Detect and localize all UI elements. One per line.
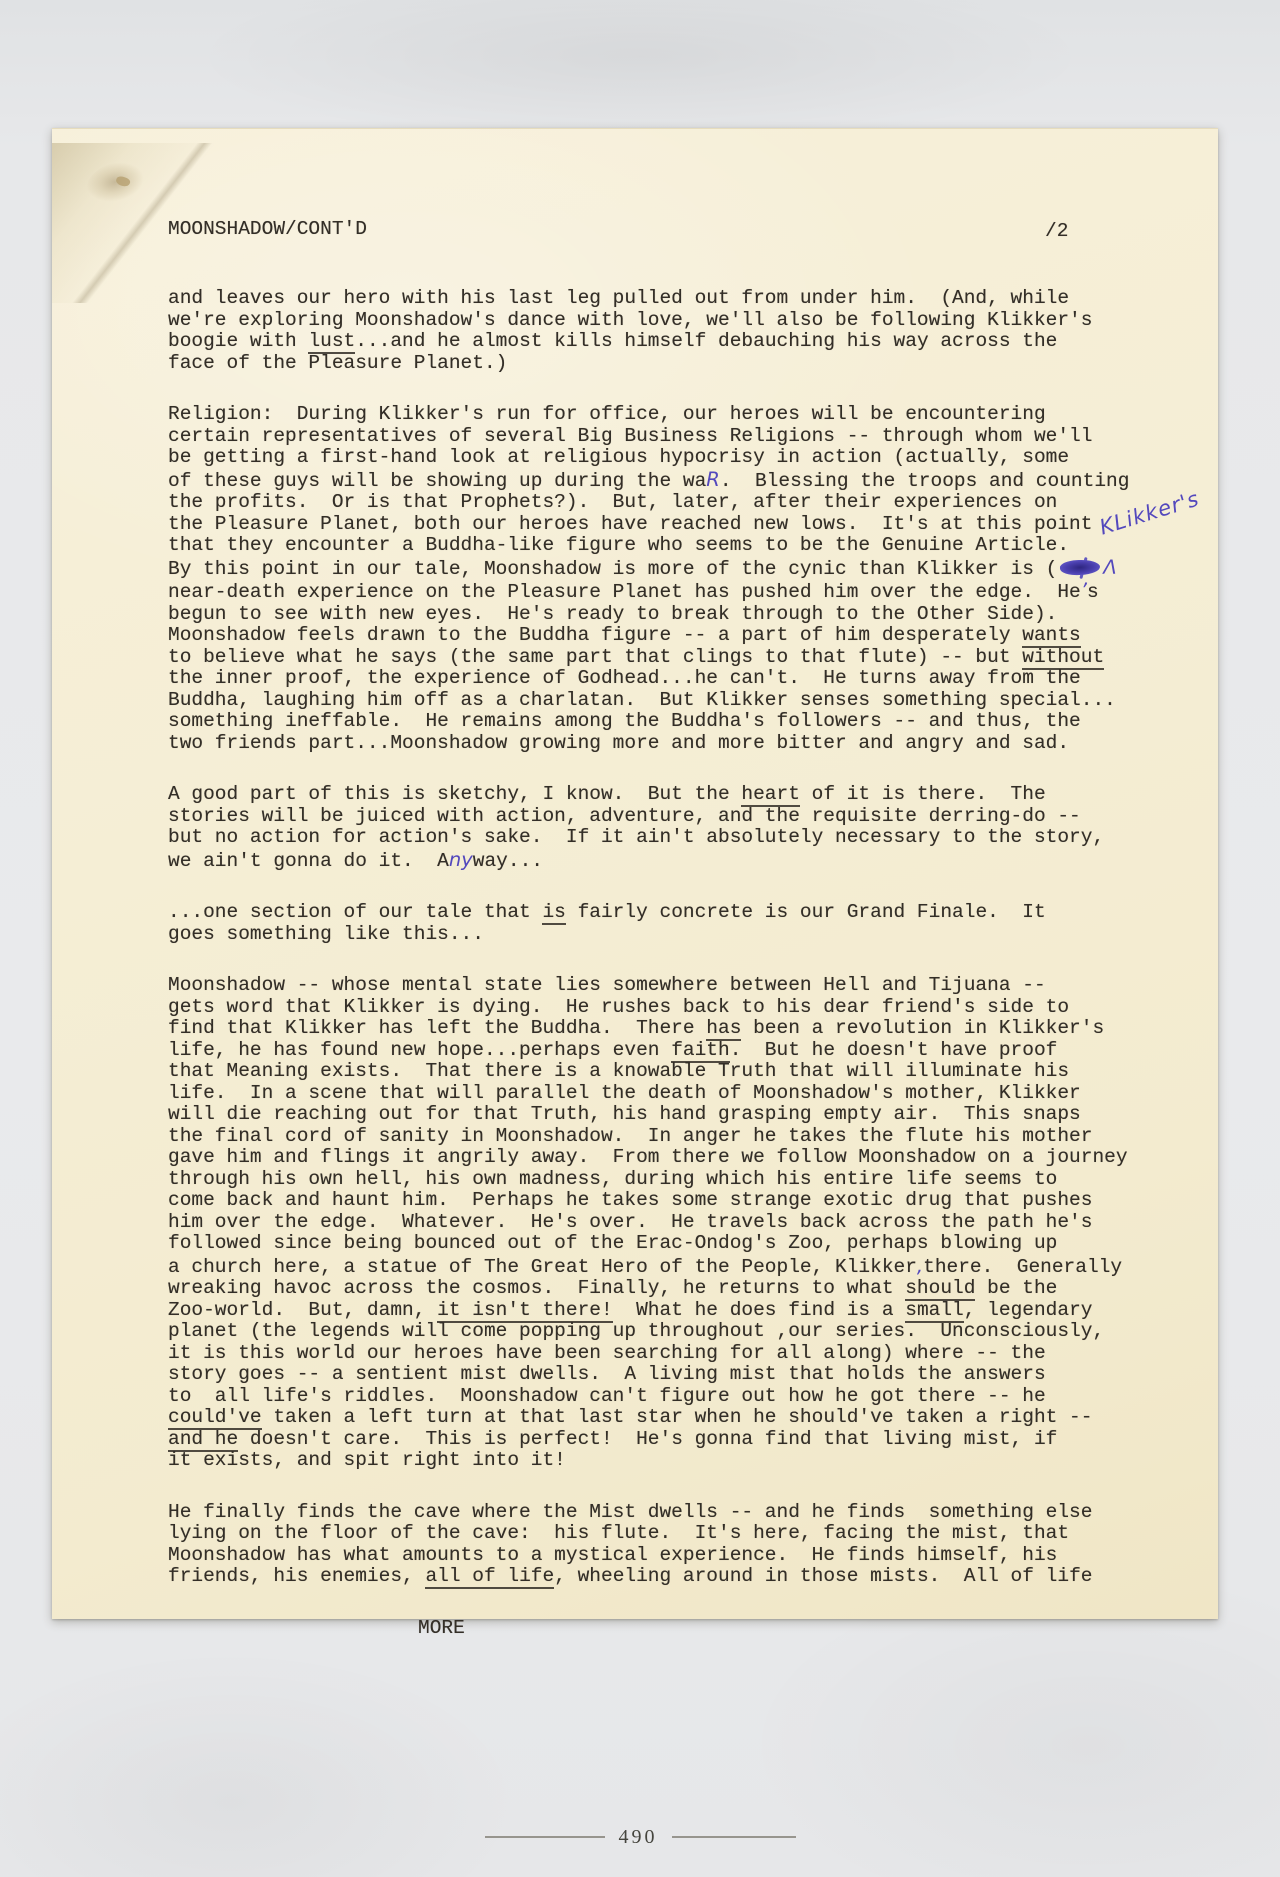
text-line: story goes -- a sentient mist dwells. A …: [168, 1364, 1178, 1386]
text-line: followed since being bounced out of the …: [168, 1233, 1178, 1255]
typewritten-text: of these guys will be showing up during …: [168, 470, 706, 492]
footer-rule-left: [485, 1836, 605, 1838]
underlined-text: without: [1022, 646, 1104, 670]
handwritten-ink: R: [706, 468, 720, 491]
typewritten-text: be getting a first-hand look at religiou…: [168, 446, 1069, 468]
page-content: MOONSHADOW/CONT'D /2 and leaves our hero…: [168, 219, 1178, 1639]
typewritten-text: to all life's riddles. Moonshadow can't …: [168, 1385, 1046, 1407]
text-line: near-death experience on the Pleasure Pl…: [168, 580, 1178, 604]
text-line: Moonshadow -- whose mental state lies so…: [168, 975, 1178, 997]
text-line: stories will be juiced with action, adve…: [168, 806, 1178, 828]
typewritten-text: Buddha, laughing him off as a charlatan.…: [168, 689, 1116, 711]
underlined-text: faith: [671, 1039, 730, 1063]
underlined-text: could've: [168, 1406, 262, 1430]
text-line: that Meaning exists. That there is a kno…: [168, 1061, 1178, 1083]
text-line: we're exploring Moonshadow's dance with …: [168, 310, 1178, 332]
text-line: could've taken a left turn at that last …: [168, 1407, 1178, 1429]
text-line: find that Klikker has left the Buddha. T…: [168, 1018, 1178, 1040]
text-line: gets word that Klikker is dying. He rush…: [168, 997, 1178, 1019]
paper-stain-speck: [115, 175, 131, 188]
typewritten-sheet: KLikker's MOONSHADOW/CONT'D /2 and leave…: [52, 128, 1218, 1619]
typewritten-text: been a revolution in Klikker's: [741, 1017, 1104, 1039]
text-line: begun to see with new eyes. He's ready t…: [168, 604, 1178, 626]
text-line: Moonshadow has what amounts to a mystica…: [168, 1545, 1178, 1567]
typewritten-text: Moonshadow -- whose mental state lies so…: [168, 974, 1046, 996]
text-line: gave him and flings it angrily away. Fro…: [168, 1147, 1178, 1169]
text-line: to believe what he says (the same part t…: [168, 647, 1178, 669]
text-line: it exists, and spit right into it!: [168, 1450, 1178, 1472]
text-line: be getting a first-hand look at religiou…: [168, 447, 1178, 469]
document-header: MOONSHADOW/CONT'D /2: [168, 219, 1178, 241]
typewritten-text: something ineffable. He remains among th…: [168, 710, 1081, 732]
text-line: to all life's riddles. Moonshadow can't …: [168, 1386, 1178, 1408]
typewritten-text: the profits. Or is that Prophets?). But,…: [168, 491, 1057, 513]
typewritten-text: stories will be juiced with action, adve…: [168, 805, 1081, 827]
typewritten-text: life, he has found new hope...perhaps ev…: [168, 1039, 671, 1061]
text-line: something ineffable. He remains among th…: [168, 711, 1178, 733]
paper-stain: [83, 157, 148, 206]
typewritten-text: Religion: During Klikker's run for offic…: [168, 403, 1046, 425]
underlined-text: has: [706, 1017, 741, 1041]
text-line: friends, his enemies, all of life, wheel…: [168, 1566, 1178, 1588]
underlined-text: small: [905, 1299, 964, 1323]
text-line: ...one section of our tale that is fairl…: [168, 902, 1178, 924]
text-line: face of the Pleasure Planet.): [168, 353, 1178, 375]
typewritten-text: of it is there. The: [800, 783, 1046, 805]
text-line: him over the edge. Whatever. He's over. …: [168, 1212, 1178, 1234]
underlined-text: should: [905, 1277, 975, 1301]
text-line: Buddha, laughing him off as a charlatan.…: [168, 690, 1178, 712]
typewritten-text: the inner proof, the experience of Godhe…: [168, 667, 1081, 689]
typewritten-text: two friends part...Moonshadow growing mo…: [168, 732, 1069, 754]
typewritten-text: near-death experience on the Pleasure Pl…: [168, 581, 1081, 603]
underlined-text: heart: [741, 783, 800, 807]
book-page-number: 490: [619, 1826, 658, 1849]
text-line: and he doesn't care. This is perfect! He…: [168, 1429, 1178, 1451]
typewritten-text: begun to see with new eyes. He's ready t…: [168, 603, 1057, 625]
typewritten-text: story goes -- a sentient mist dwells. A …: [168, 1363, 1046, 1385]
typewritten-text: . But he doesn't have proof: [730, 1039, 1058, 1061]
typewritten-text: ...and he almost kills himself debauchin…: [355, 330, 1057, 352]
text-line: two friends part...Moonshadow growing mo…: [168, 733, 1178, 755]
text-line: of these guys will be showing up during …: [168, 469, 1178, 493]
typewritten-text: the final cord of sanity in Moonshadow. …: [168, 1125, 1092, 1147]
typewritten-text: ...one section of our tale that: [168, 901, 542, 923]
paragraphs: and leaves our hero with his last leg pu…: [168, 288, 1178, 1588]
text-line: Moonshadow feels drawn to the Buddha fig…: [168, 625, 1178, 647]
text-line: life, he has found new hope...perhaps ev…: [168, 1040, 1178, 1062]
typewritten-text: taken a left turn at that last star when…: [262, 1406, 1093, 1428]
typewritten-text: doesn't care. This is perfect! He's gonn…: [238, 1428, 1057, 1450]
book-footer: 490: [0, 1822, 1280, 1852]
typewritten-text: Moonshadow feels drawn to the Buddha fig…: [168, 624, 1022, 646]
text-line: lying on the floor of the cave: his flut…: [168, 1523, 1178, 1545]
paragraph: A good part of this is sketchy, I know. …: [168, 784, 1178, 872]
typewritten-text: come back and haunt him. Perhaps he take…: [168, 1189, 1092, 1211]
text-line: wreaking havoc across the cosmos. Finall…: [168, 1278, 1178, 1300]
typewritten-text: will die reaching out for that Truth, hi…: [168, 1103, 1081, 1125]
typewritten-text: find that Klikker has left the Buddha. T…: [168, 1017, 706, 1039]
typewritten-text: goes something like this...: [168, 923, 484, 945]
typewritten-text: to believe what he says (the same part t…: [168, 646, 1022, 668]
paragraph: ...one section of our tale that is fairl…: [168, 902, 1178, 945]
typewritten-text: planet (the legends will come popping up…: [168, 1320, 1104, 1342]
typewritten-text: A good part of this is sketchy, I know. …: [168, 783, 741, 805]
ink-scribble: [1060, 558, 1101, 575]
document-title: MOONSHADOW/CONT'D: [168, 219, 367, 241]
underlined-text: wants: [1022, 624, 1081, 648]
text-line: that they encounter a Buddha-like figure…: [168, 535, 1178, 557]
text-line: but no action for action's sake. If it a…: [168, 827, 1178, 849]
text-line: goes something like this...: [168, 924, 1178, 946]
footer-rule-right: [672, 1836, 796, 1838]
typewritten-text: friends, his enemies,: [168, 1565, 425, 1587]
handwritten-ink: Λ: [1103, 556, 1116, 579]
typewritten-text: lying on the floor of the cave: his flut…: [168, 1522, 1069, 1544]
typewritten-text: the Pleasure Planet, both our heroes hav…: [168, 513, 1092, 535]
text-line: through his own hell, his own madness, d…: [168, 1169, 1178, 1191]
paragraph: Religion: During Klikker's run for offic…: [168, 404, 1178, 754]
typewritten-text: certain representatives of several Big B…: [168, 425, 1092, 447]
text-line: By this point in our tale, Moonshadow is…: [168, 557, 1178, 581]
typewritten-text: it exists, and spit right into it!: [168, 1449, 566, 1471]
typewritten-text: By this point in our tale, Moonshadow is…: [168, 558, 1057, 580]
text-line: the final cord of sanity in Moonshadow. …: [168, 1126, 1178, 1148]
typewritten-text: life. In a scene that will parallel the …: [168, 1082, 1081, 1104]
text-line: we ain't gonna do it. Anyway...: [168, 849, 1178, 873]
typewritten-text: . Blessing the troops and counting: [720, 470, 1130, 492]
text-line: life. In a scene that will parallel the …: [168, 1083, 1178, 1105]
text-line: He finally finds the cave where the Mist…: [168, 1502, 1178, 1524]
text-line: certain representatives of several Big B…: [168, 426, 1178, 448]
text-line: the profits. Or is that Prophets?). But,…: [168, 492, 1178, 514]
typewritten-text: Zoo-world. But, damn,: [168, 1299, 437, 1321]
typewritten-text: What he does find is a: [613, 1299, 906, 1321]
text-line: A good part of this is sketchy, I know. …: [168, 784, 1178, 806]
typewritten-text: that they encounter a Buddha-like figure…: [168, 534, 1069, 556]
typewritten-text: face of the Pleasure Planet.): [168, 352, 507, 374]
text-line: it is this world our heroes have been se…: [168, 1343, 1178, 1365]
underlined-text: it isn't there!: [437, 1299, 613, 1323]
typewritten-text: fairly concrete is our Grand Finale. It: [566, 901, 1046, 923]
typewritten-text: it is this world our heroes have been se…: [168, 1342, 1046, 1364]
text-line: will die reaching out for that Truth, hi…: [168, 1104, 1178, 1126]
handwritten-ink: ny: [449, 848, 473, 871]
text-line: come back and haunt him. Perhaps he take…: [168, 1190, 1178, 1212]
more-label: MORE: [418, 1618, 1178, 1640]
typewritten-text: , legendary: [964, 1299, 1093, 1321]
typewritten-text: gave him and flings it angrily away. Fro…: [168, 1146, 1128, 1168]
text-line: planet (the legends will come popping up…: [168, 1321, 1178, 1343]
underlined-text: and he: [168, 1428, 238, 1452]
typewritten-text: gets word that Klikker is dying. He rush…: [168, 996, 1069, 1018]
paragraph: Moonshadow -- whose mental state lies so…: [168, 975, 1178, 1472]
typewritten-text: and leaves our hero with his last leg pu…: [168, 287, 1069, 309]
typewritten-text: wreaking havoc across the cosmos. Finall…: [168, 1277, 905, 1299]
typewritten-text: a church here, a statue of The Great Her…: [168, 1256, 917, 1278]
text-line: the Pleasure Planet, both our heroes hav…: [168, 514, 1178, 536]
text-line: boogie with lust...and he almost kills h…: [168, 331, 1178, 353]
typewritten-text: that Meaning exists. That there is a kno…: [168, 1060, 1069, 1082]
paragraph: He finally finds the cave where the Mist…: [168, 1502, 1178, 1588]
text-line: a church here, a statue of The Great Her…: [168, 1255, 1178, 1279]
text-line: the inner proof, the experience of Godhe…: [168, 668, 1178, 690]
typewritten-text: but no action for action's sake. If it a…: [168, 826, 1104, 848]
typewritten-text: , wheeling around in those mists. All of…: [554, 1565, 1092, 1587]
text-line: and leaves our hero with his last leg pu…: [168, 288, 1178, 310]
text-line: Religion: During Klikker's run for offic…: [168, 404, 1178, 426]
typewritten-text: Moonshadow has what amounts to a mystica…: [168, 1544, 1057, 1566]
typewritten-text: way...: [473, 850, 543, 872]
underlined-text: all of life: [425, 1565, 554, 1589]
typewritten-text: s: [1087, 581, 1099, 603]
typewritten-text: through his own hell, his own madness, d…: [168, 1168, 1057, 1190]
typewritten-text: we ain't gonna do it. A: [168, 850, 449, 872]
typewritten-text: be the: [975, 1277, 1057, 1299]
typewritten-text: we're exploring Moonshadow's dance with …: [168, 309, 1092, 331]
typewritten-text: him over the edge. Whatever. He's over. …: [168, 1211, 1092, 1233]
underlined-text: lust: [308, 330, 355, 354]
typewritten-text: He finally finds the cave where the Mist…: [168, 1501, 1092, 1523]
typewritten-text: followed since being bounced out of the …: [168, 1232, 1057, 1254]
text-line: Zoo-world. But, damn, it isn't there! Wh…: [168, 1300, 1178, 1322]
page-number: /2: [1045, 221, 1068, 243]
underlined-text: is: [542, 901, 565, 925]
paragraph: and leaves our hero with his last leg pu…: [168, 288, 1178, 374]
typewritten-text: there. Generally: [923, 1256, 1122, 1278]
typewritten-text: boogie with: [168, 330, 308, 352]
